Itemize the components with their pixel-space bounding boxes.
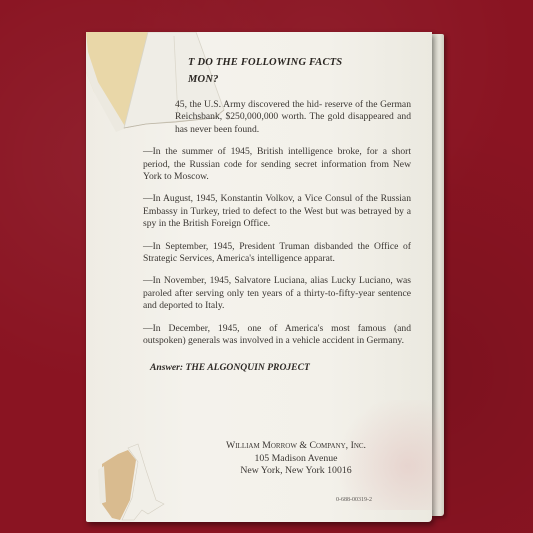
headline-line-2: MON? (188, 69, 411, 91)
fact-volkov: —In August, 1945, Konstantin Volkov, a V… (143, 193, 411, 230)
publisher-name: William Morrow & Company, Inc. (196, 440, 396, 453)
headline: T DO THE FOLLOWING FACTS MON? (143, 52, 411, 91)
fact-luciano: —In November, 1945, Salvatore Luciana, a… (143, 275, 411, 312)
answer-label: Answer: (150, 362, 183, 373)
publisher-block: William Morrow & Company, Inc. 105 Madis… (196, 440, 396, 478)
fact-oss: —In September, 1945, President Truman di… (143, 241, 411, 266)
headline-line-1: T DO THE FOLLOWING FACTS (188, 57, 342, 68)
fact-gold: 45, the U.S. Army discovered the hid- re… (143, 99, 411, 136)
answer-title: THE ALGONQUIN PROJECT (185, 362, 309, 373)
answer: Answer: THE ALGONQUIN PROJECT (143, 362, 411, 374)
fact-russian-code: —In the summer of 1945, British intellig… (143, 146, 411, 183)
isbn: 0-688-00319-2 (336, 497, 372, 503)
jacket-copy: T DO THE FOLLOWING FACTS MON? 45, the U.… (143, 52, 411, 374)
torn-bottom-corner (98, 440, 178, 522)
publisher-address-2: New York, New York 10016 (196, 465, 396, 478)
publisher-address-1: 105 Madison Avenue (196, 453, 396, 466)
fact-general: —In December, 1945, one of America's mos… (143, 323, 411, 348)
